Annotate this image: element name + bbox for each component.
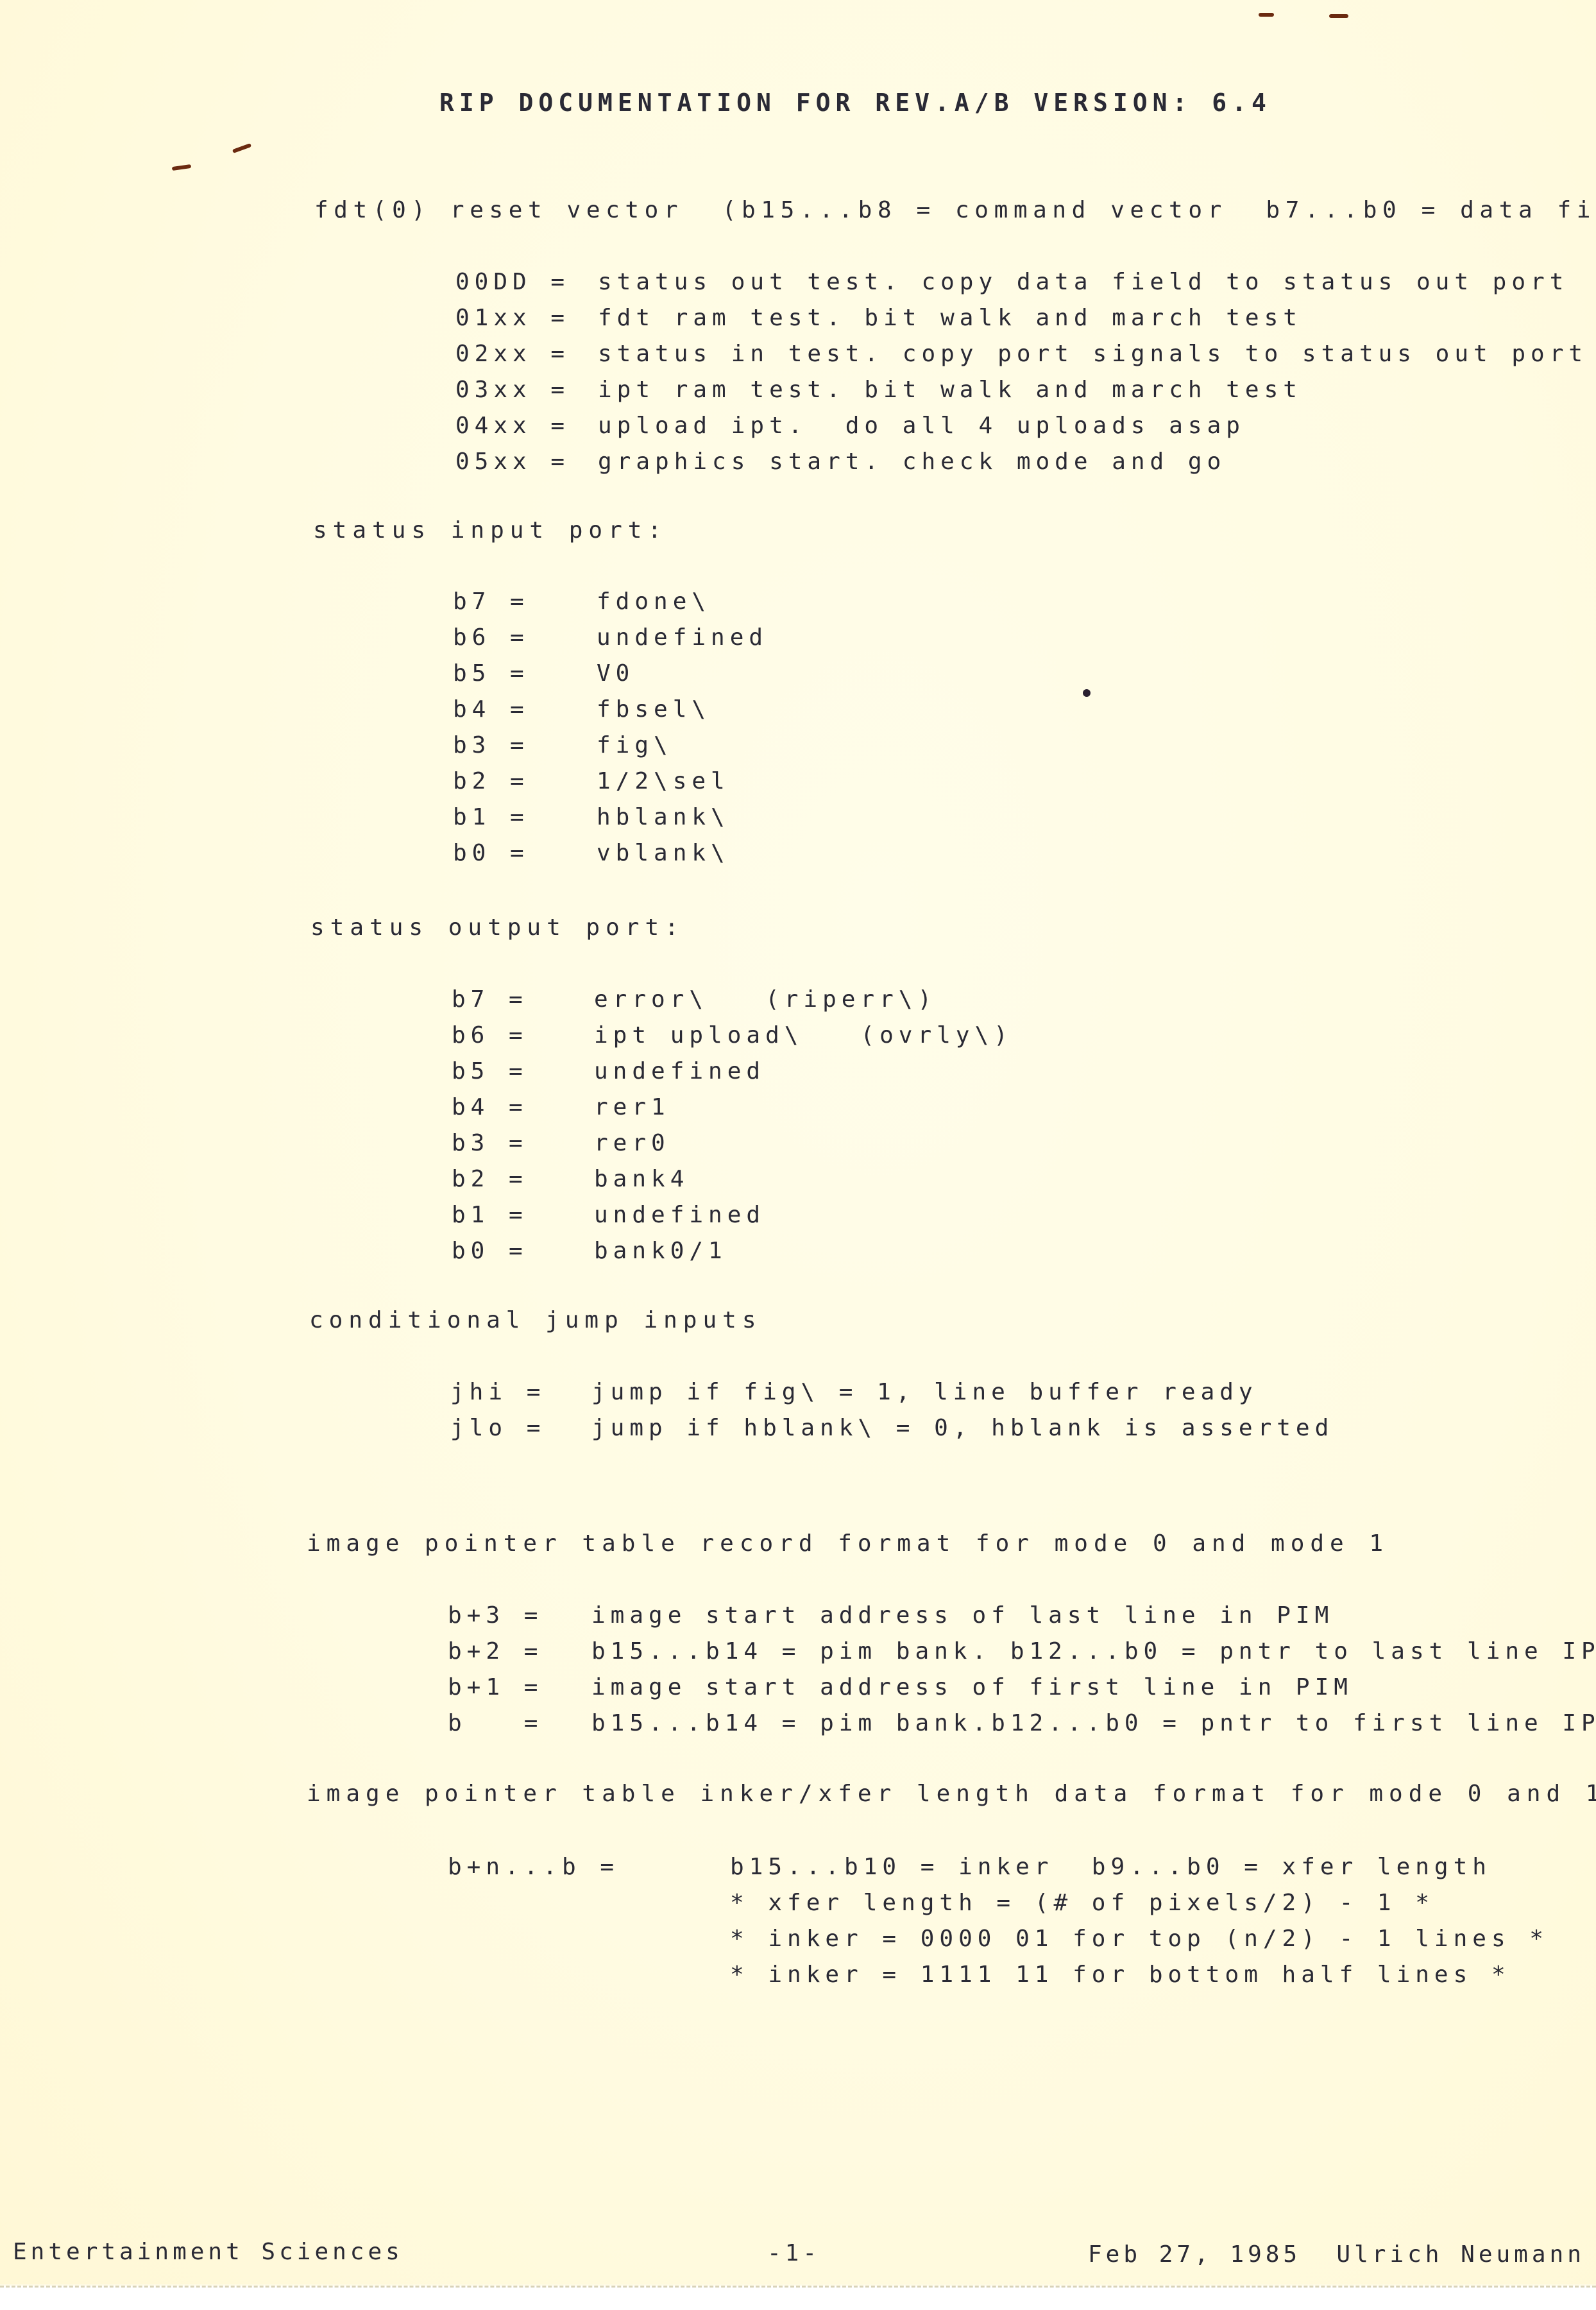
row-value: jump if hblank\ = 0, hblank is asserted xyxy=(591,1414,1334,1442)
row-value: rer1 xyxy=(594,1093,670,1122)
inker-line: * inker = 0000 01 for top (n/2) - 1 line… xyxy=(730,1925,1549,1953)
row-value: ipt ram test. bit walk and march test xyxy=(598,376,1302,404)
document-title: RIP DOCUMENTATION FOR REV.A/B VERSION: 6… xyxy=(439,89,1271,117)
row-value: fig\ xyxy=(597,732,673,760)
row-key: 04xx = xyxy=(455,412,570,440)
row-key: b7 = xyxy=(453,588,529,616)
row-key: b6 = xyxy=(452,1022,528,1050)
row-value: rer0 xyxy=(594,1129,670,1158)
row-value: undefined xyxy=(597,624,768,652)
ink-mark xyxy=(232,143,251,153)
row-key: 00DD = xyxy=(455,268,570,296)
row-key: b4 = xyxy=(453,696,529,724)
inker-line: * xfer length = (# of pixels/2) - 1 * xyxy=(730,1889,1434,1917)
row-key: b3 = xyxy=(452,1129,528,1158)
row-value: image start address of last line in PIM xyxy=(591,1602,1334,1630)
row-value: undefined xyxy=(594,1057,765,1086)
row-value: b15...b14 = pim bank.b12...b0 = pntr to … xyxy=(591,1709,1596,1738)
row-key: b0 = xyxy=(453,839,529,868)
section-heading-ipt-record: image pointer table record format for mo… xyxy=(307,1530,1389,1558)
row-value: V0 xyxy=(597,660,634,688)
row-key: b6 = xyxy=(453,624,529,652)
row-key: b5 = xyxy=(452,1057,528,1086)
row-key: b3 = xyxy=(453,732,529,760)
row-value: image start address of first line in PIM xyxy=(591,1673,1353,1702)
row-value: graphics start. check mode and go xyxy=(598,448,1226,476)
row-key: 01xx = xyxy=(455,304,570,332)
row-key: b+1 = xyxy=(448,1673,543,1702)
row-key: jlo = xyxy=(450,1414,545,1442)
row-key: b7 = xyxy=(452,986,528,1014)
row-value: bank0/1 xyxy=(594,1237,727,1265)
inker-line: * inker = 1111 11 for bottom half lines … xyxy=(730,1961,1511,1989)
row-value: vblank\ xyxy=(597,839,730,868)
row-value: fdt ram test. bit walk and march test xyxy=(598,304,1302,332)
scan-background xyxy=(0,2286,1596,2310)
row-value: b15...b14 = pim bank. b12...b0 = pntr to… xyxy=(591,1638,1596,1666)
row-key: 02xx = xyxy=(455,340,570,368)
row-value: hblank\ xyxy=(597,803,730,832)
ink-dot xyxy=(1083,689,1091,697)
row-value: error\ (riperr\) xyxy=(594,986,937,1014)
row-value: bank4 xyxy=(594,1165,689,1193)
row-key: b+3 = xyxy=(448,1602,543,1630)
row-value: fdone\ xyxy=(597,588,711,616)
row-value: fbsel\ xyxy=(597,696,711,724)
section-heading-status-input: status input port: xyxy=(313,517,667,545)
row-key: b = xyxy=(448,1709,543,1738)
row-key: b2 = xyxy=(453,767,529,796)
section-heading-conditional-jump: conditional jump inputs xyxy=(309,1306,762,1335)
ink-mark xyxy=(172,164,192,171)
row-key: b5 = xyxy=(453,660,529,688)
row-value: status in test. copy port signals to sta… xyxy=(598,340,1588,368)
footer-page-number: -1- xyxy=(767,2239,820,2268)
ink-mark xyxy=(1259,13,1274,17)
footer-company: Entertainment Sciences xyxy=(13,2238,403,2266)
row-value: jump if fig\ = 1, line buffer ready xyxy=(591,1378,1258,1407)
row-key: b2 = xyxy=(452,1165,528,1193)
section-heading-reset-vector: fdt(0) reset vector (b15...b8 = command … xyxy=(314,196,1596,225)
document-page: RIP DOCUMENTATION FOR REV.A/B VERSION: 6… xyxy=(0,0,1596,2284)
row-key: b1 = xyxy=(452,1201,528,1229)
ink-mark xyxy=(1329,14,1348,18)
row-key: b1 = xyxy=(453,803,529,832)
section-heading-ipt-inker: image pointer table inker/xfer length da… xyxy=(307,1780,1596,1808)
inker-line: b15...b10 = inker b9...b0 = xfer length xyxy=(730,1853,1491,1881)
row-value: status out test. copy data field to stat… xyxy=(598,268,1568,296)
row-key: 05xx = xyxy=(455,448,570,476)
section-heading-status-output: status output port: xyxy=(310,914,684,942)
row-key: 03xx = xyxy=(455,376,570,404)
footer-date-author: Feb 27, 1985 Ulrich Neumann xyxy=(1088,2241,1585,2269)
inker-key: b+n...b = xyxy=(448,1853,619,1881)
row-key: jhi = xyxy=(450,1378,545,1407)
row-value: 1/2\sel xyxy=(597,767,730,796)
row-key: b4 = xyxy=(452,1093,528,1122)
row-key: b0 = xyxy=(452,1237,528,1265)
row-value: upload ipt. do all 4 uploads asap xyxy=(598,412,1245,440)
row-value: ipt upload\ (ovrly\) xyxy=(594,1022,1013,1050)
row-key: b+2 = xyxy=(448,1638,543,1666)
row-value: undefined xyxy=(594,1201,765,1229)
